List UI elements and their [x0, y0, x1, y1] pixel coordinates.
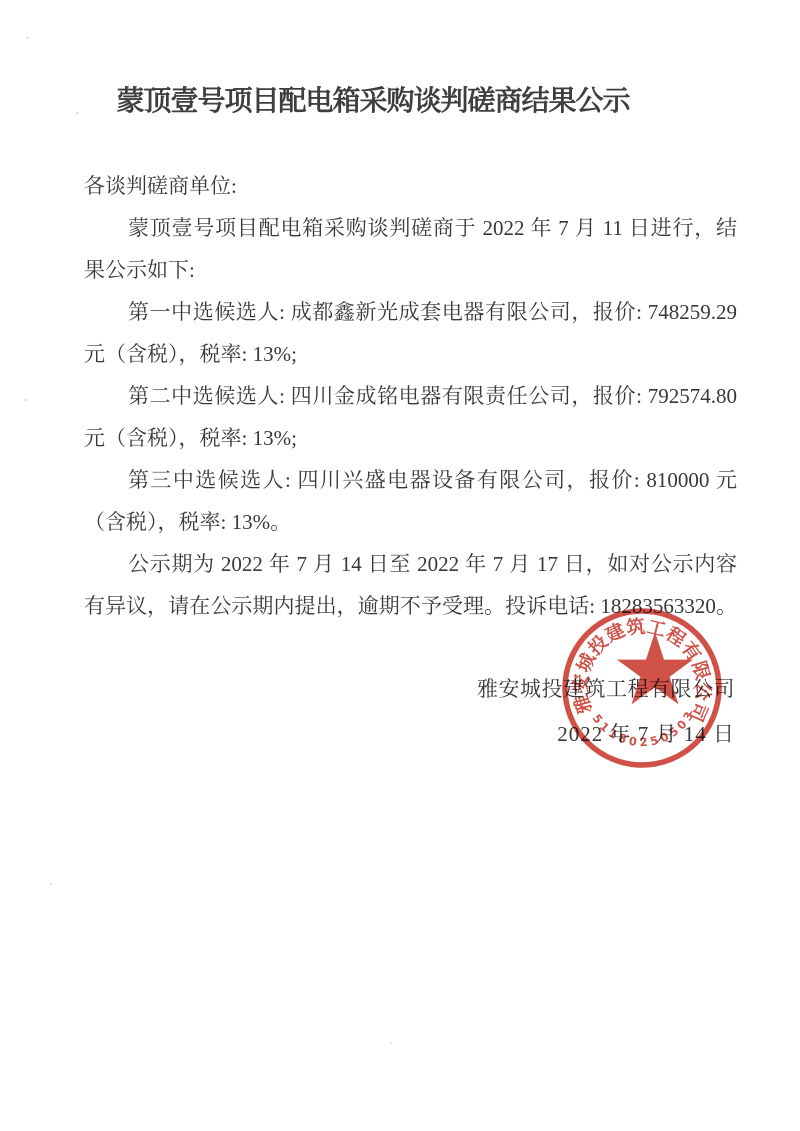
- signature-block: 雅安城投建筑工程有限公司 2022 年 7 月 14 日: [477, 667, 735, 757]
- scan-speck: [50, 883, 52, 885]
- scan-speck: [76, 112, 79, 114]
- signature-date: 2022 年 7 月 14 日: [477, 712, 735, 757]
- body-line: （含税），税率: 13%。: [84, 501, 737, 543]
- body-line: 各谈判磋商单位:: [84, 165, 737, 207]
- scanned-announcement-page: 蒙顶壹号项目配电箱采购谈判磋商结果公示 各谈判磋商单位: 蒙顶壹号项目配电箱采购…: [0, 0, 800, 1131]
- scan-speck: [26, 37, 29, 39]
- body-line: 第三中选候选人: 四川兴盛电器设备有限公司，报价: 810000 元: [84, 459, 737, 501]
- body-line: 第二中选候选人: 四川金成铭电器有限责任公司，报价: 792574.80: [84, 375, 737, 417]
- body-line: 元（含税），税率: 13%;: [84, 417, 737, 459]
- body-line: 果公示如下:: [84, 249, 737, 291]
- body-line: 元（含税），税率: 13%;: [84, 333, 737, 375]
- document-title: 蒙顶壹号项目配电箱采购谈判磋商结果公示: [0, 79, 746, 119]
- body-line: 第一中选候选人: 成都鑫新光成套电器有限公司，报价: 748259.29: [84, 291, 737, 333]
- body-line: 公示期为 2022 年 7 月 14 日至 2022 年 7 月 17 日，如对…: [84, 543, 737, 585]
- document-body: 各谈判磋商单位: 蒙顶壹号项目配电箱采购谈判磋商于 2022 年 7 月 11 …: [84, 165, 737, 627]
- body-line: 蒙顶壹号项目配电箱采购谈判磋商于 2022 年 7 月 11 日进行，结: [84, 207, 737, 249]
- body-line: 有异议，请在公示期内提出，逾期不予受理。投诉电话: 18283563320。: [84, 585, 737, 627]
- scan-speck: [390, 1042, 392, 1044]
- signature-company: 雅安城投建筑工程有限公司: [477, 667, 735, 712]
- scan-speck: [24, 399, 27, 401]
